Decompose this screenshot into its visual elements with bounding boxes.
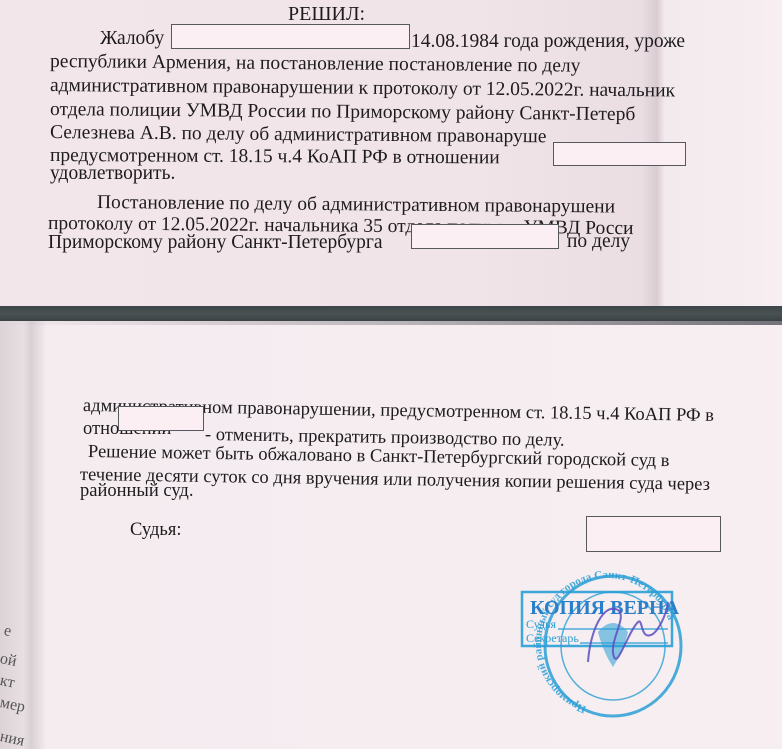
redacted-name-box: [553, 142, 686, 166]
text-line: Жалобу: [100, 28, 164, 50]
page-divider: [0, 306, 782, 321]
redacted-name-box: [118, 406, 204, 431]
svg-text:КОПИЯ ВЕРНА: КОПИЯ ВЕРНА: [530, 597, 680, 619]
signature-label: Судья:: [130, 519, 181, 541]
redacted-signature-box: [586, 516, 721, 552]
text-line: по делу: [567, 231, 630, 253]
svg-text:Судья: Судья: [526, 617, 557, 631]
text-line: Селезнева А.В. по делу об административн…: [50, 122, 547, 148]
decision-heading: РЕШИЛ:: [288, 3, 365, 25]
text-line: Приморскому району Санкт-Петербурга: [48, 232, 383, 254]
text-line: республики Армения, на постановление пос…: [50, 51, 581, 78]
seal-icon: Приморский районный суд города Санкт-Пет…: [518, 562, 696, 722]
text-line: удовлетворить.: [50, 163, 175, 185]
text-line: 14.08.1984 года рождения, уроже: [411, 31, 685, 53]
text-line: районный суд.: [80, 480, 193, 502]
court-seal-stamp: Приморский районный суд города Санкт-Пет…: [518, 562, 696, 722]
edge-fragment: ой: [0, 650, 18, 671]
redacted-name-box: [171, 24, 410, 49]
redacted-name-box: [411, 224, 559, 249]
page-divider-shadow: [0, 321, 782, 325]
svg-text:Секретарь: Секретарь: [526, 631, 579, 645]
